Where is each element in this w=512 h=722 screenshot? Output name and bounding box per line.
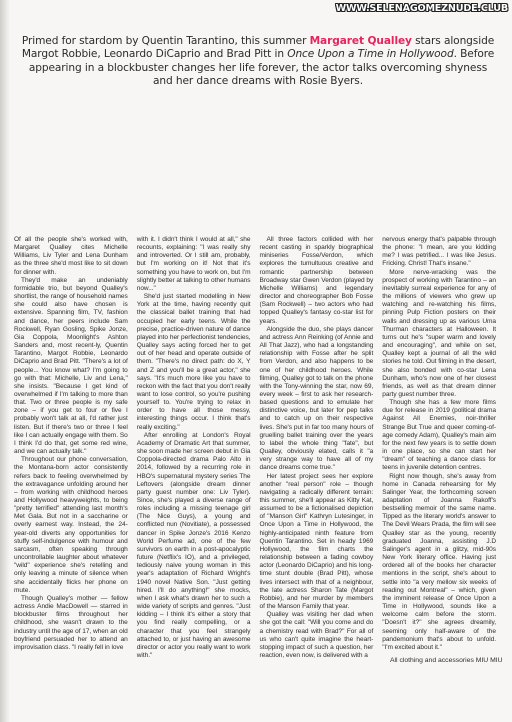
page-gutter-shadow bbox=[0, 0, 10, 722]
paragraph: Throughout our phone conversation, the M… bbox=[14, 456, 128, 595]
paragraph: nervous energy that's palpable through t… bbox=[382, 236, 496, 269]
article-column-3: All three factors collided with her rece… bbox=[260, 236, 374, 676]
paragraph: After enrolling at London's Royal Academ… bbox=[137, 432, 251, 660]
paragraph: She'd just started modelling in New York… bbox=[137, 293, 251, 432]
paragraph: Of all the people she's worked with, Mar… bbox=[14, 236, 128, 277]
paragraph: Though she has a few more films due for … bbox=[382, 399, 496, 472]
watermark: WWW.SELENAGOMEZNUDE.CLUB bbox=[336, 3, 508, 14]
paragraph: Her latest project sees her explore anot… bbox=[260, 473, 374, 612]
article-column-2: with it. I didn't think I would at all,"… bbox=[137, 236, 251, 676]
standfirst-text-1: Primed for stardom by Quentin Tarantino,… bbox=[22, 35, 310, 47]
paragraph: More nerve-wracking was the prospect of … bbox=[382, 269, 496, 400]
standfirst: Primed for stardom by Quentin Tarantino,… bbox=[20, 35, 496, 89]
film-title: Once Upon a Time in Hollywood bbox=[287, 48, 453, 60]
paragraph: with it. I didn't think I would at all,"… bbox=[137, 236, 251, 293]
paragraph: Alongside the duo, she plays dancer and … bbox=[260, 326, 374, 473]
highlight-name: Margaret Qualley bbox=[310, 35, 412, 47]
article-body: Of all the people she's worked with, Mar… bbox=[14, 236, 496, 676]
paragraph: Though Qualley's mother — fellow actress… bbox=[14, 595, 128, 652]
article-column-4: nervous energy that's palpable through t… bbox=[382, 236, 496, 676]
clothing-credit: All clothing and accessories MIU MIU bbox=[390, 657, 503, 664]
paragraph: They'd make an undeniably formidable tri… bbox=[14, 277, 128, 456]
paragraph: Right now though, she's away from home i… bbox=[382, 473, 496, 652]
paragraph: All three factors collided with her rece… bbox=[260, 236, 374, 326]
paragraph: Qualley was visiting her dad when she go… bbox=[260, 611, 374, 660]
article-column-1: Of all the people she's worked with, Mar… bbox=[14, 236, 128, 676]
